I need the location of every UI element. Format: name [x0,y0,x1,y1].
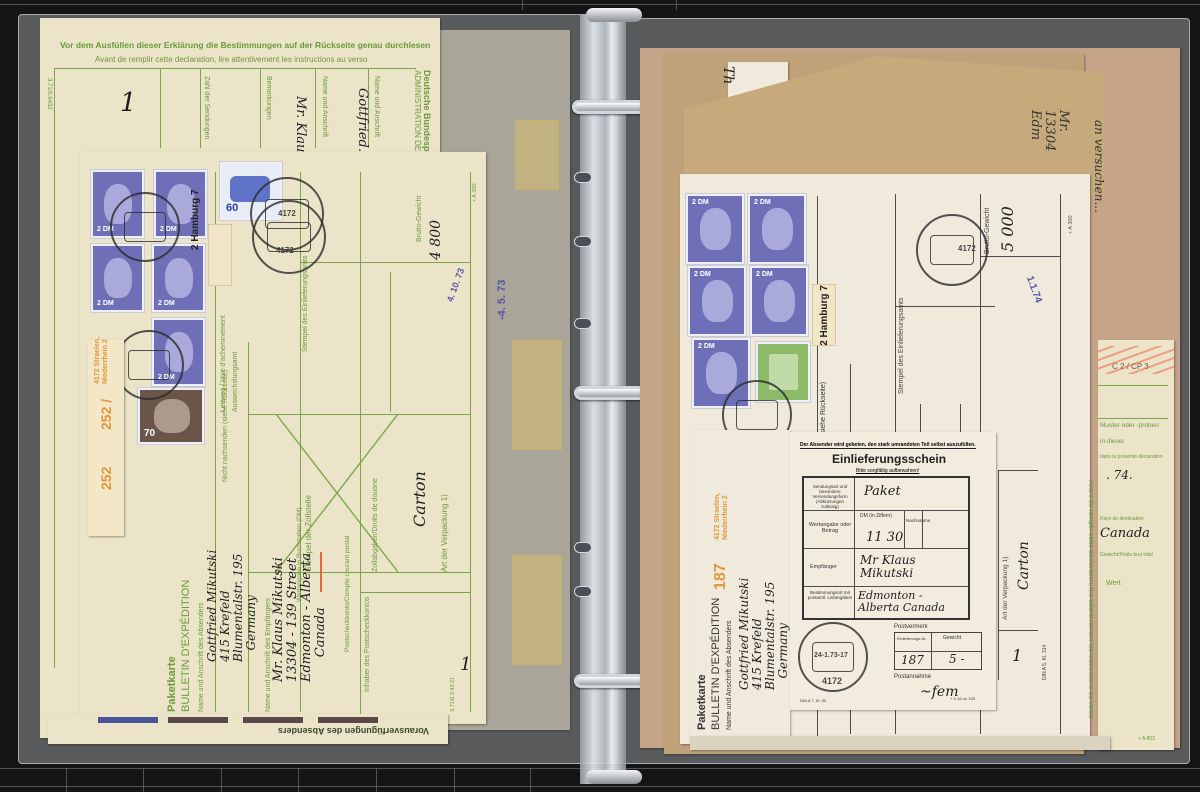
receipt-table: Sendungsart und besondere Versendungsfor… [802,476,970,620]
registration-label: 252 252 / 4172 Straelen,Niederrhein 2 [88,340,124,536]
catalog-mark: + A 300 [1068,215,1074,234]
red-marks [1098,346,1174,374]
row-label: Empfänger [810,564,837,570]
packaging-handwriting: Carton [410,471,429,527]
field-remarks: Bemerkungen [265,76,272,120]
packaging-handwriting: Carton [1016,541,1032,590]
bottom-banner-card: Vorausverfügungen des Absenders [48,714,448,744]
customs-date-hand: . 74. [1106,468,1133,482]
wert-label: Wert [1106,580,1121,587]
postvermerk-label: Postvermerk [894,624,928,630]
receipt-subtitle: Bitte sorgfältig aufbewahren! [856,468,919,474]
postmark [114,330,184,400]
gewicht-hand: 5 - [949,652,965,666]
receipt-notice: Der Absender wird gebeten, den stark umr… [800,442,976,449]
punch-hole [574,542,592,553]
customs-line1: Muster oder -proben [1100,422,1159,429]
pays-label: Pays de destination [1100,516,1144,522]
inhaber-label: Inhaber des Postscheckkontos [364,597,371,692]
customs-line2: in dieser [1100,438,1125,445]
red-underline [320,552,322,592]
punch-hole [574,172,592,183]
field-name-8: Name und Anschrift [321,76,328,137]
small-label-hand: Th [720,66,736,84]
punch-hole [574,586,592,597]
hand-sender: Gottfried… [355,88,370,161]
weight-label: Brutto-Gewicht [416,196,423,242]
customs-catalog: + A 803 [1138,736,1155,742]
declaration-header-fr: Avant de remplir cette declaration, lire… [95,55,367,64]
form-code: 3.71/6.6432 [46,78,52,110]
card-title: Paketkarte [696,674,708,730]
packaging-label: Art der Verpackung 1) [440,494,449,572]
row-value: Mr Klaus Mikutski [860,554,960,580]
tape [515,120,559,190]
col-dm: DM (in Ziffern) [860,513,892,519]
postscheck-label: Postscheckkonto/Compte courant postal [344,536,351,652]
nicht-nachsenden-label: Nicht nachsenden (siehe Rückseite) [222,370,229,482]
receipt-din: DIN A 7, Kl. 30 [800,698,826,703]
label-number: 187 [712,563,730,590]
grid-line [530,768,531,792]
grid-line [0,4,1200,5]
card-subtitle: BULLETIN D'EXPÉDITION [710,598,722,730]
envelope-address-hand: Mr. 13304 Edm [1028,110,1070,151]
zollabgaben-label: Zollabgaben/Droits de douane [372,478,379,572]
sender-handwriting: Gottfried Mikutski 415 Krefeld Blumental… [206,550,258,662]
receipt-postmark: 24-1.73-17 4172 [798,622,868,692]
count-handwriting: 1 [460,654,471,675]
customs-form: C 2 / CP 3 Muster oder -proben in dieser… [1098,340,1174,750]
receipt-form-code: + C 62 zu 103 [950,696,975,701]
form-code: 3.71/6.3.43.21 [450,677,456,712]
customs-country-hand: Canada [1100,526,1150,541]
card-subtitle: BULLETIN D'EXPÉDITION [180,580,192,712]
tape [512,340,562,450]
stamp-2dm-violet: 2 DM [748,194,806,264]
grid-line [0,786,1200,787]
field-name-1: Name und Anschrift [373,76,380,137]
postmark [110,192,180,262]
postmark: 4172 [252,200,326,274]
grid-line [143,768,144,792]
row-label: Sendungsart und besondere Versendungsfor… [807,484,853,509]
einlieferungs-nr-hand: 187 [901,653,924,667]
card-title: Paketkarte [166,656,178,712]
label-number-2: 252 / [98,399,114,430]
label-place: 4172 Straelen,Niederrhein 2 [94,337,110,384]
stamp-2dm-violet: 2 DM [688,266,746,336]
grid-line [676,0,677,10]
grid-line [376,768,377,792]
stamp-2dm-violet: 2 DM [686,194,744,264]
receipt-title: Einlieferungsschein [832,452,946,466]
side-title: Deutsche Bundespost [422,70,432,165]
routing-label: 2 Hamburg 7 [812,284,836,346]
postannahme-label: Postannahme [894,674,931,680]
row-label: Wertangabe oder Betrag [808,522,852,534]
row-value: 11 30 [866,530,903,545]
punch-hole [574,318,592,329]
tape [512,555,562,665]
grid-line [454,768,455,792]
violet-date-mark: 4. 10. 73 [445,267,466,303]
bottom-banner: Vorausverfügungen des Absenders [278,726,429,736]
col-nachnahme: Nachnahme [906,518,930,523]
label-place: 4172 Straelen,Niederrhein 2 [714,493,730,540]
stamp-2dm-violet: 2 DM [750,266,808,336]
violet-mark: 1.1.74 [1024,275,1044,305]
packaging-label: Art der Verpackung 1) [1002,557,1009,620]
receipt-card: Der Absender wird gebeten, den stark umr… [790,432,996,710]
parcel-card-left: Paketkarte BULLETIN D'EXPÉDITION Name un… [80,152,486,724]
binder-ring-top [586,8,642,22]
sender-label: Name und Anschrift des Absenders [198,603,205,712]
weight-handwriting: 5 000 [998,206,1017,252]
sender-handwriting: Gottfried Mikutski 415 Krefeld Blumental… [738,578,790,690]
grid-line [298,768,299,792]
routing-label: 2 Hamburg 7 [208,224,232,286]
postvermerk-box: Einlieferungs-Nr. Gewicht 187 5 - [894,632,982,670]
field-count: Zahl der Sendungen [203,76,210,139]
customs-line3: dans la présente déclaration [1100,454,1163,460]
grid-line [66,768,67,792]
weight-label: Gewicht/Poids brut total [1100,552,1153,558]
auswechslung-label: Auswechslungsamt [232,352,239,412]
binder-photo: -4. 5. 73 Vor dem Ausfüllen dieser Erklä… [0,0,1200,792]
gewicht-label: Gewicht [943,635,961,641]
bottom-edge [690,736,1110,750]
violet-date-mark: -4. 5. 73 [496,280,508,320]
envelope-hand-2: an versuchen... [1092,120,1106,213]
einlieferungs-nr-label: Einlieferungs-Nr. [897,636,927,641]
row-label: Bestimmungsort mit postamtl. Leitangaben [807,590,853,600]
packaging-section: Art der Verpackung 1) Carton 1 DIN A 5, … [998,470,1068,700]
right-card-sender-section: Paketkarte BULLETIN D'EXPÉDITION Name un… [690,430,790,744]
row-value: Edmonton - Alberta Canada [858,590,966,614]
side-subtitle: ADMINISTRATION DES [413,70,422,157]
label-number: 252 [98,467,114,490]
count-handwriting: 1 [1012,646,1022,665]
catalog-mark: + A 300 [472,183,478,202]
declaration-header-de: Vor dem Ausfüllen dieser Erklärung die B… [60,40,430,50]
customs-vertical-text: Avant de remplir cette déclaration, lire… [1087,480,1094,718]
binder-ring-bottom [586,770,642,784]
weight-handwriting: 4 800 [428,220,444,260]
punch-hole [574,236,592,247]
row-value: Paket [864,484,901,499]
einlieferung-label: Stempel des Einlieferungsamts [898,298,905,395]
din-code: DIN A 5, Kl. 314 [1042,645,1048,680]
grid-line [221,768,222,792]
grid-line [522,0,523,10]
postmark: 4172 [916,214,988,286]
sender-label: Name und Anschrift des Absenders [726,621,733,730]
hand-number: 1 [120,88,137,118]
